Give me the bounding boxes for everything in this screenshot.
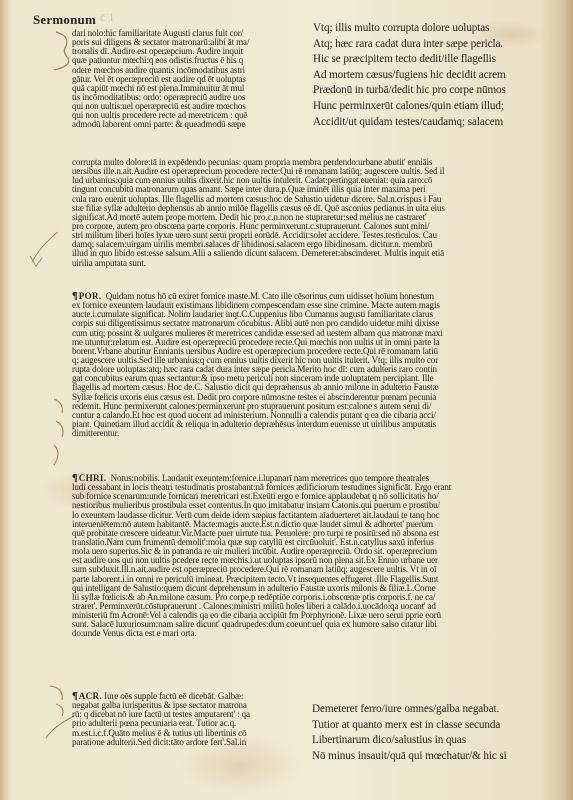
commentary-line: piant. Quinetiam illud accidit & reliqua… [72,420,550,429]
commentary-line: rū: q dicebat nō iure factū ut testes am… [72,710,310,719]
commentary-line: q; augescere uultis.Sed ille urbanius:q … [72,356,550,365]
commentary-line: odere mœchos audire quantis incōmodatibu… [72,66,304,75]
commentary-line: sub fornice scenarum:unde fornicari mere… [72,492,550,501]
commentary-line: negabat galba iurisperitus & ipse sectat… [72,701,310,710]
commentary-line: mola uero superius.Sic & in patranda re … [72,547,550,556]
commentary-block-acr: ¶ACR. Iure oēs supple factū eē dicebāt. … [72,692,310,747]
commentary-line: ministeriū fm Acronē:Vel a calendis qa e… [72,611,550,620]
commentary-line: paratione adulterii.Sed dicit:tāto ardor… [72,738,310,747]
commentary-block-por: ¶POR. Quidam notus hō cū exiret fornice … [72,292,550,438]
commentator-lemma: CHRI. [79,474,107,483]
commentary-line: prio adulterii pœna pecuniaria erat. Tut… [72,719,310,728]
commentary-line: tis incōmoditatibus: ordo: operæpreciū a… [72,93,304,102]
verse-line: Libertinarum dico/salustius in quas [312,733,507,749]
commentary-line: redemit. Hunc permixerunt calones:permin… [72,402,550,411]
commentary-line: nestioribus mulieribus prostibula esset … [72,501,550,510]
verse-line: Ad mortem cæsus/fugiens hic decidit acre… [313,68,506,84]
verse-line: Nō minus insauit/quā qui mœchatur/& hic … [312,749,507,765]
bleed-through-folio: c̄ 1 [100,10,114,25]
commentary-line: est audire uos qui non uultis pcedere re… [72,556,550,565]
commentary-text: Notus:nobilis. Laudauit exeuntem:fornice… [111,474,429,483]
commentary-line: m.est.i.c.f.Quāto melius ē & tutius uti … [72,729,310,738]
commentary-line: parte laborent.i.in omni re periculū imi… [72,575,550,584]
margin-bracket-icon [52,395,70,467]
running-head: Sermonum [33,12,96,28]
commentary-line: interueniētem:nō autem habitantē. Macte:… [72,520,550,529]
paragraph-mark-icon: ¶ [72,692,78,701]
commentary-line: cula raro euenit uoluptas. Ille flagelli… [72,195,550,204]
commentary-line: corrupta multo dolore:tā in expēdendo pe… [72,158,550,167]
commentary-line: ¶POR. Quidam notus hō cū exiret fornice … [72,292,550,301]
commentary-line: ¶ACR. Iure oēs supple factū eē dicebāt. … [72,692,310,701]
commentator-lemma: ACR. [79,692,102,701]
commentary-line: uirilia amputata sunt. [72,259,550,268]
commentary-line: corpis sui diligentissimus sectator matr… [72,319,550,328]
margin-note-icon [22,230,62,270]
commentary-line: aucte.i.cumulate significat. Nolim lauda… [72,310,550,319]
commentary-line: uersibus ille.n.ait.Audire est operæprec… [72,167,550,176]
commentary-line: dimitterentur. [72,429,550,438]
commentary-line: qui non uultis:uel operæpreciū est audir… [72,102,304,111]
commentary-line: qui non uultis procedere recte ad meretr… [72,111,304,120]
commentary-line: lo exeuntem laudasse dicitur. Verū cum d… [72,511,550,520]
commentary-line: tronalis dī. Audire est operæpcium. Audi… [72,47,304,56]
commentary-text: Iure oēs supple factū eē dicebāt. Galbæ: [104,692,243,701]
commentary-line: ludi cessabant in locis theatri testudin… [72,483,550,492]
commentary-line: damq; salacem:uirgam uirilis membri.sala… [72,240,550,249]
verse-line: Hunc perminxerūt calones/quin etiam illu… [313,99,506,115]
commentary-line: Syllæ fœlicis uxoris eius cæsus est. Ded… [72,393,550,402]
commentary-line: flagellis ad mortem cæsus. Hoc de.C. Sal… [72,383,550,392]
commentary-line: cum utiq; possint & uulgares mulieres ēt… [72,329,550,338]
commentary-line: significat.Ad mortē autem prope mortem. … [72,213,550,222]
commentary-block-a: corrupta multo dolore:tā in expēdendo pe… [72,158,550,268]
commentary-line: cuntur a calando.Et hoc est quod uocent … [72,411,550,420]
commentary-line: admodū laborent omni parte: & queadmodū … [72,120,304,129]
verse-line: Accidit/ut quidam testes/caudamq; salace… [313,115,506,131]
commentary-line: poris sui diligens & sectator matronarū:… [72,38,304,47]
commentary-line: lii syllæ fœlicis:& ab An.milone cæsum. … [72,593,550,602]
commentary-line: borent.Vrbane abutitur Ennianis uersibus… [72,347,550,356]
commentary-line: pro corpore, autem pro obscœna parte cor… [72,222,550,231]
commentary-line: gātur. Vel ēt operæpreciū est audire qd … [72,75,304,84]
verse-block-top: Vtq; illis multo corrupta dolore uolupta… [313,21,506,130]
commentary-line: gat concubitus earum quas sectantur:& ip… [72,374,550,383]
verse-line: Atq; hæc rara cadat dura inter sæpe peri… [313,37,506,53]
commentary-line: stæ filiæ syllæ adulterio dephensus ab a… [72,204,550,213]
commentary-block-chri: ¶CHRI. Notus:nobilis. Laudauit exeuntem:… [72,474,550,639]
verse-line: Demeteret ferro/iure omnes/galba negabat… [312,702,507,718]
commentary-line: quā capiūt mœchi nō est plena.Imminuitur… [72,84,304,93]
scanned-page: Sermonum c̄ 1 Vtq; illis multo corrupta … [0,0,573,800]
verse-line: Prædonū in turbā/dedit hic pro corpe nūm… [313,83,506,99]
commentary-text: Quidam notus hō cū exiret fornice maste.… [106,292,434,301]
commentary-line: qui intelligant de Salustio:quem dicunt … [72,584,550,593]
commentary-line: translatio.Nam cum frumentū demolit':mol… [72,538,550,547]
commentator-lemma: POR. [79,292,102,301]
commentary-line: straret'. Perminxerūt.cōstuprauerunt . C… [72,602,550,611]
commentary-line: quē probitate crescere uideatur.Vir.Mact… [72,529,550,538]
commentary-line: sunt. Salacē luxuriosum:nam salire dicun… [72,620,550,629]
commentary-line: lud urbanius:quia cum ennius uultis dixe… [72,176,550,185]
verse-block-bottom: Demeteret ferro/iure omnes/galba negabat… [312,702,507,764]
verse-line: Vtq; illis multo corrupta dolore uolupta… [313,21,506,37]
commentary-line: ex fornice exeuntem laudauit existimans … [72,301,550,310]
commentary-line: do:unde Venus dicta est e mari orta. [72,629,550,638]
commentary-line: sum subduxit.Ill.n.ait.audire est operæp… [72,565,550,574]
commentary-line: tingunt concubitū matronarum quas amant.… [72,185,550,194]
paragraph-mark-icon: ¶ [72,292,78,301]
commentary-line: rupta dolore uoluptas:atq; hæc rara cada… [72,365,550,374]
commentary-top-left: dari nolo:hic familiaritate Augusti clar… [72,29,304,130]
commentary-line: dari nolo:hic familiaritate Augusti clar… [72,29,304,38]
verse-line: Tutior at quanto merx est in classe secu… [312,718,507,734]
verse-line: Hic se præcipitem tecto dedit/ille flage… [313,52,506,68]
commentary-line: quæ patiuntur mœchi:q eos odistis.fructu… [72,56,304,65]
commentary-line: ¶CHRI. Notus:nobilis. Laudauit exeuntem:… [72,474,550,483]
commentary-line: stri militum liberi hoīes lyxæ uero sunt… [72,231,550,240]
commentary-line: me utuntur:relatum est. Audire est operæ… [72,338,550,347]
commentary-line: illud in quo libido est:esse salsum.Alii… [72,249,550,258]
paragraph-mark-icon: ¶ [72,474,78,483]
